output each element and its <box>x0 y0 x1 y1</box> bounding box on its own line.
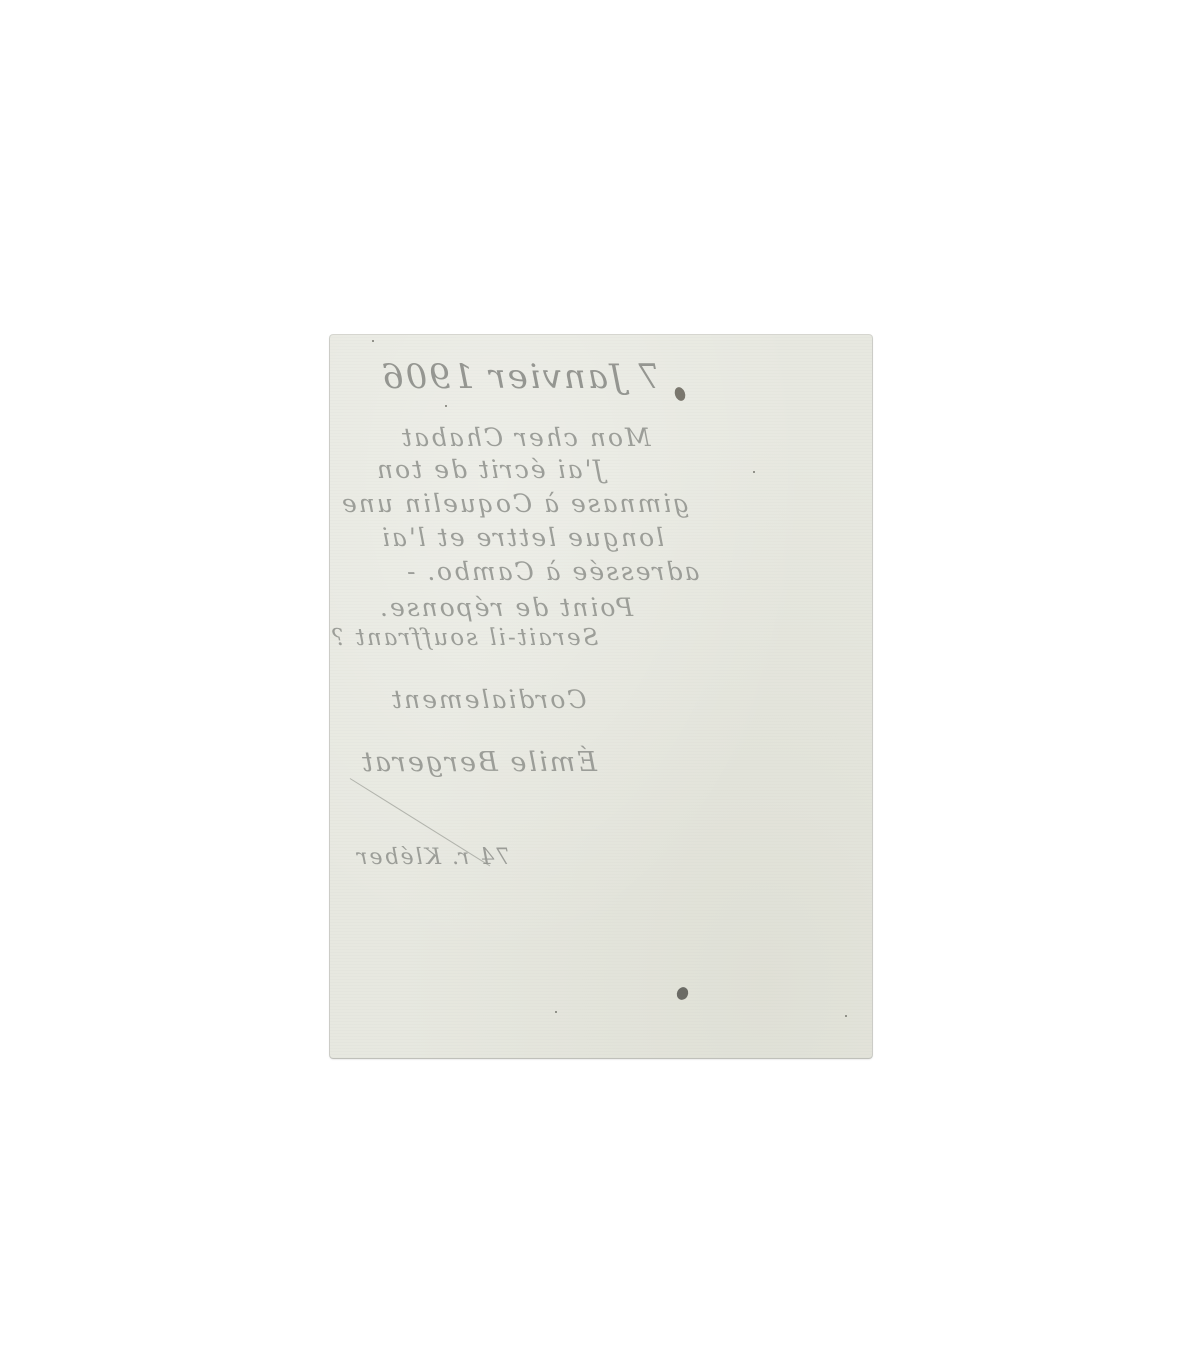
letter-line-7: Serait-il souffrant ? <box>330 625 598 651</box>
ink-stain-bottom <box>675 985 690 1001</box>
letter-line-6: Point de réponse. <box>378 593 633 622</box>
letter-line-2: J'ai écrit de ton <box>375 455 603 484</box>
paper-speck <box>753 471 755 473</box>
letter-line-3: gimnase à Coquelin une <box>340 489 689 518</box>
letter-signature: Émile Bergerat <box>360 747 597 778</box>
paper-speck <box>555 1011 557 1013</box>
letter-line-4: longue lettre et l'ai <box>380 523 664 552</box>
letter-line-1: Mon cher Chabat <box>400 423 651 452</box>
paper-speck <box>445 405 447 407</box>
letter-date: 7 Janvier 1906 <box>380 357 660 397</box>
letter-paper: 7 Janvier 1906 Mon cher Chabat J'ai écri… <box>330 335 872 1058</box>
letter-footer-annotation: 74 r. Kléber <box>355 845 510 870</box>
letter-line-5: adressée à Cambo. - <box>405 557 699 586</box>
letter-closing: Cordialement <box>390 685 586 714</box>
photo-stage: 7 Janvier 1906 Mon cher Chabat J'ai écri… <box>0 0 1200 1372</box>
ink-stain-top <box>673 386 687 403</box>
paper-speck <box>372 340 374 342</box>
paper-speck <box>845 1015 847 1017</box>
